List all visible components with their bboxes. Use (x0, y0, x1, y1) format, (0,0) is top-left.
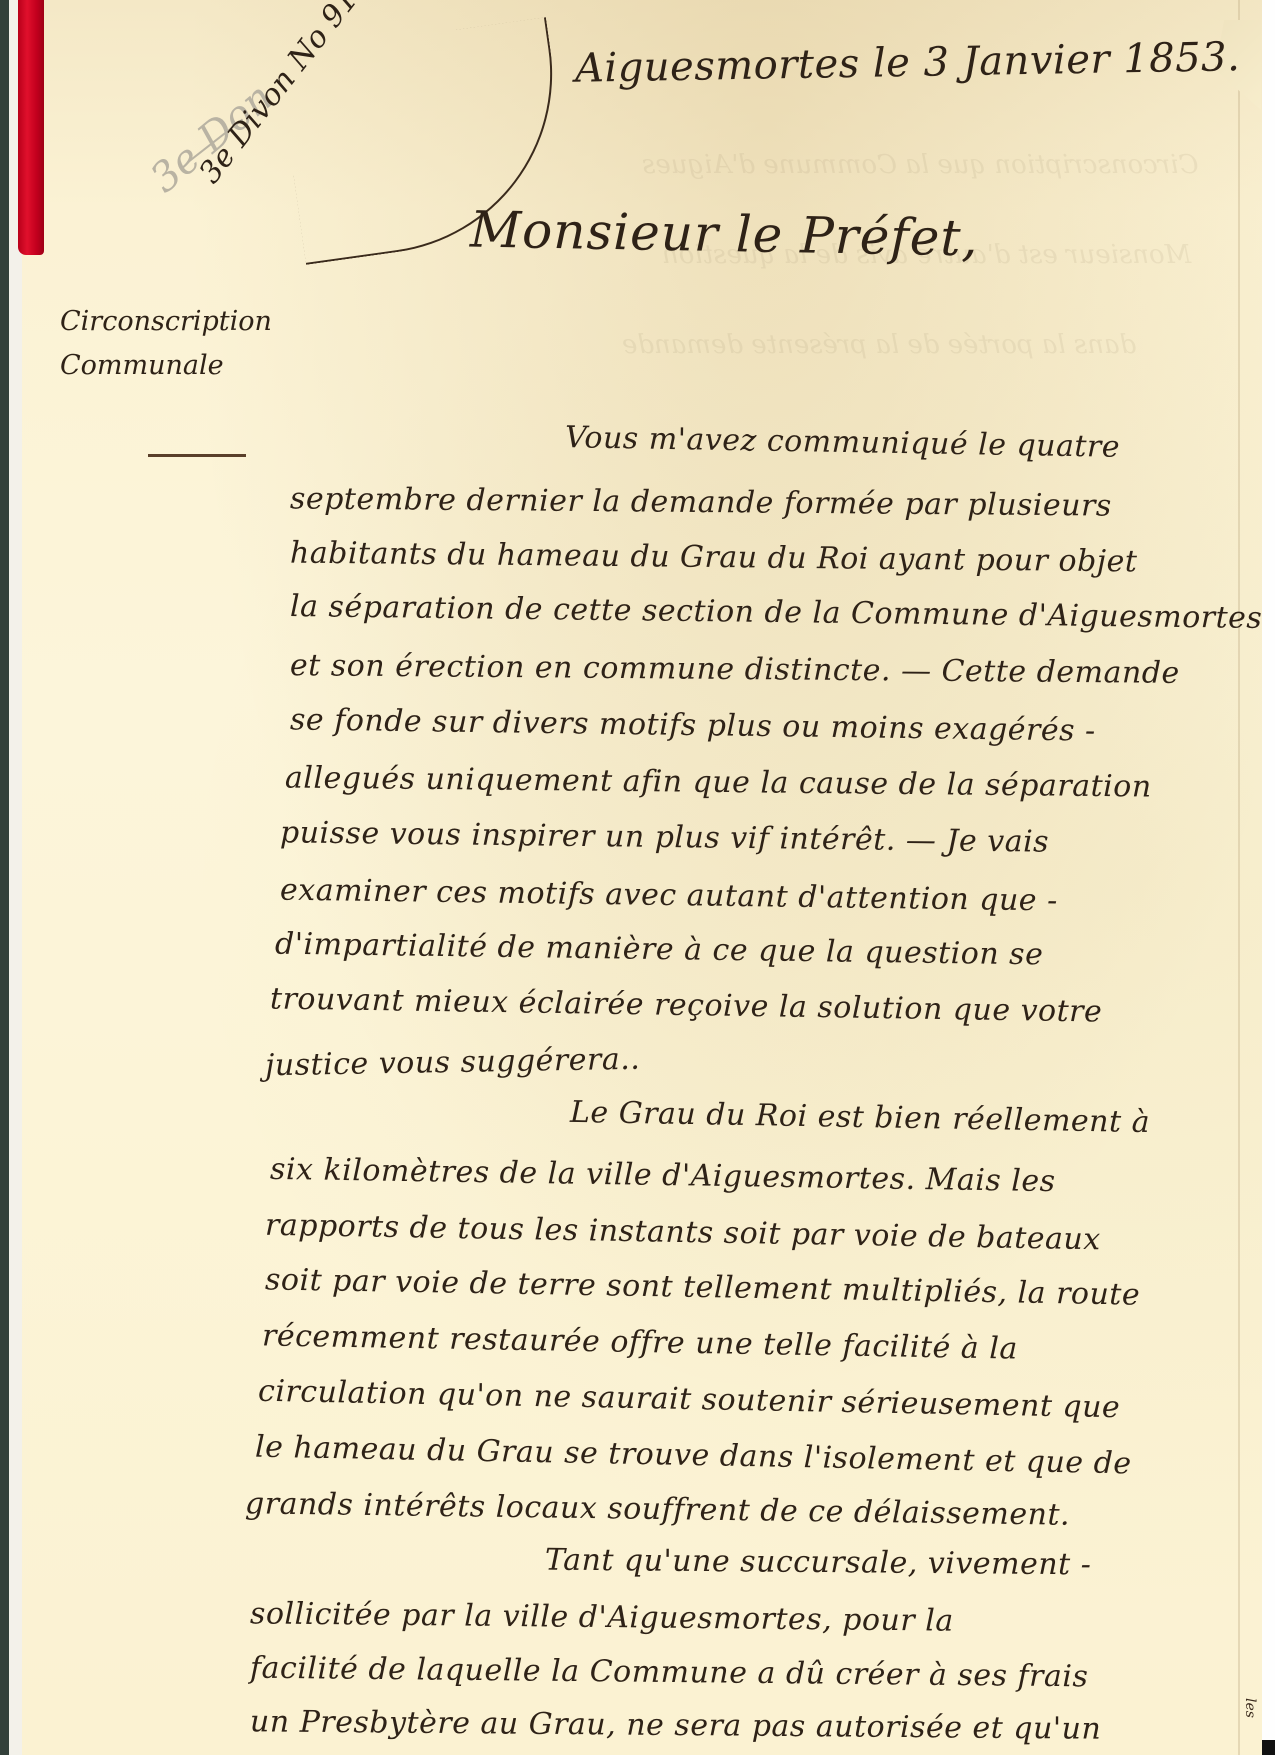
body-line: un Presbytère au Grau, ne sera pas autor… (250, 1704, 1102, 1746)
page-fold-line (1238, 0, 1240, 1755)
body-line: justice vous suggérera.. (265, 1042, 641, 1084)
margin-note-line: Circonscription (60, 300, 272, 344)
ink-bleed-through: Circonscription que la Commune d'Aigues (642, 150, 1198, 180)
salutation: Monsieur le Préfet, (470, 201, 979, 268)
margin-note-line: Communale (60, 344, 272, 388)
ink-bleed-through: dans la portée de la présente demande (622, 330, 1136, 360)
body-line: sollicitée par la ville d'Aiguesmortes, … (250, 1596, 954, 1638)
edge-annotation: les (1242, 1698, 1258, 1718)
scan-edge-corner (1262, 1740, 1275, 1755)
margin-note: Circonscription Communale (60, 300, 272, 388)
body-line: septembre dernier la demande formée par … (290, 481, 1112, 523)
scan-edge (1262, 0, 1275, 1755)
margin-rule (148, 454, 246, 457)
binding-strip (9, 0, 23, 1755)
body-line: Tant qu'une succursale, vivement - (545, 1543, 1092, 1583)
binding-edge (0, 0, 9, 1755)
red-ribbon (18, 0, 44, 255)
